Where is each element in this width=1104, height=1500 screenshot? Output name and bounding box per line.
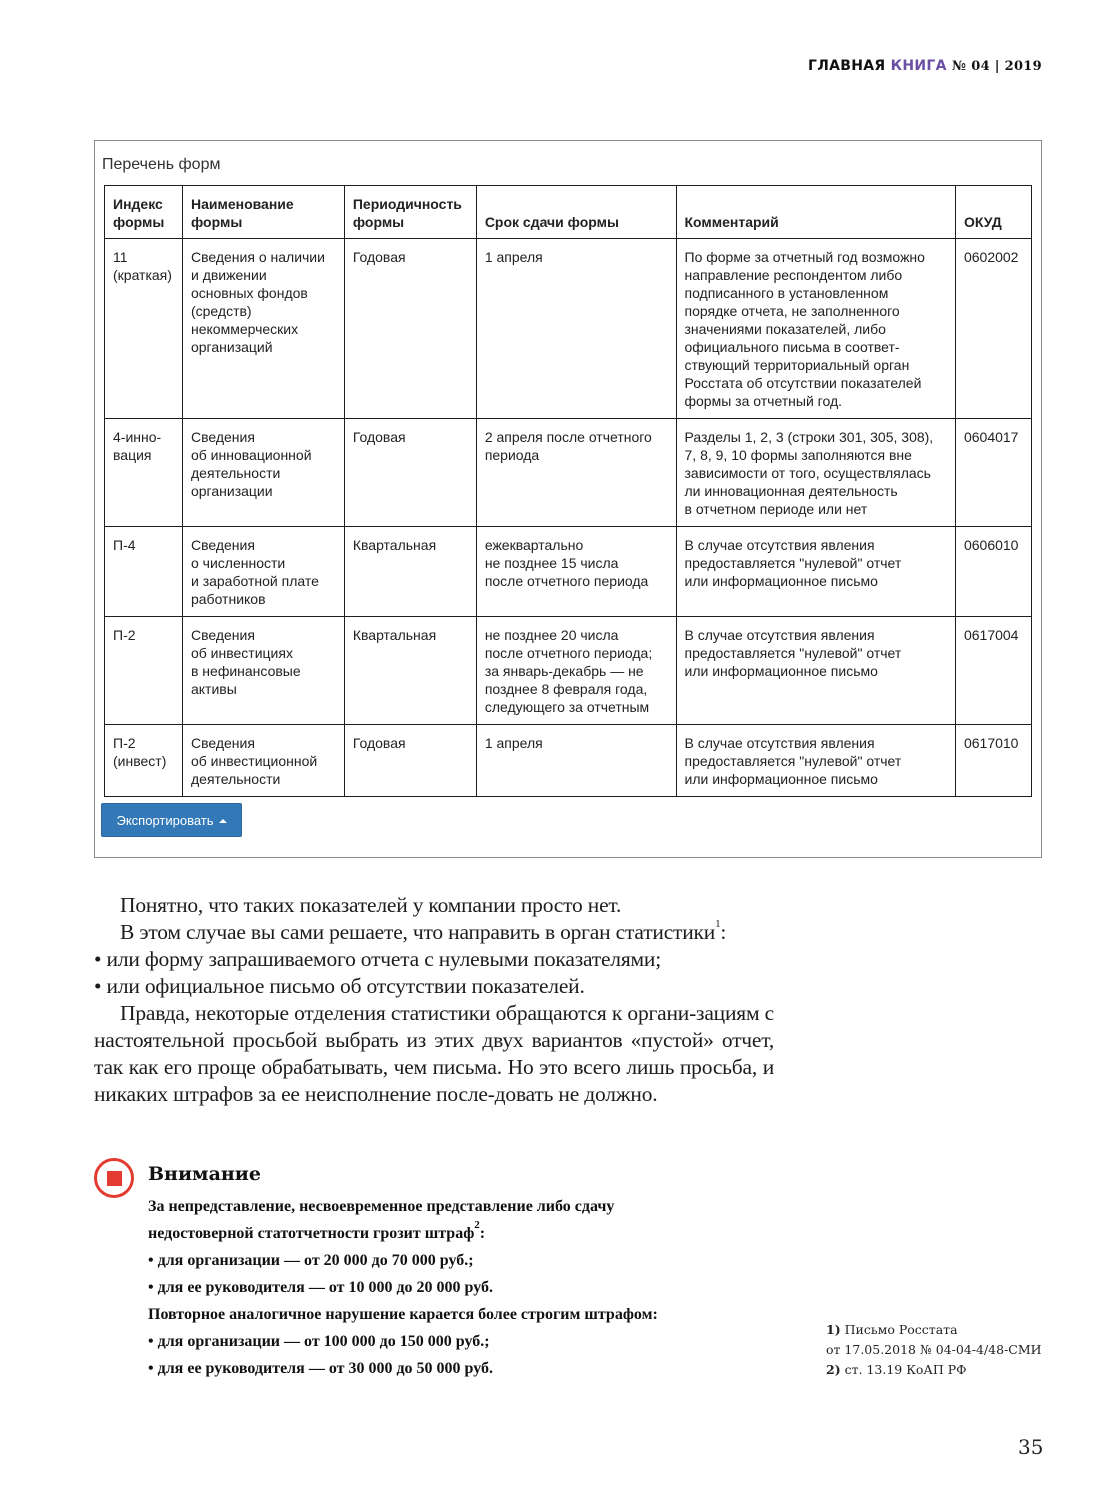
- table-row: П-2(инвест)Сведенияоб инвестиционнойдеят…: [105, 725, 1032, 797]
- cell-name: Сведенияо численностии заработной платер…: [182, 527, 344, 617]
- column-header-periodicity: Периодичность формы: [344, 186, 476, 239]
- forms-list-screenshot: Перечень форм Индекс формы Наименование …: [94, 140, 1042, 858]
- cell-comment: В случае отсутствия явленияпредоставляет…: [676, 725, 955, 797]
- cell-index: П-2(инвест): [105, 725, 183, 797]
- cell-okud: 0602002: [955, 239, 1031, 419]
- cell-name: Сведения о наличиии движенииосновных фон…: [182, 239, 344, 419]
- panel-title: Перечень форм: [102, 156, 220, 174]
- cell-periodicity: Годовая: [344, 725, 476, 797]
- table-row: П-2Сведенияоб инвестицияхв нефинансовыеа…: [105, 617, 1032, 725]
- fine-bullet: для ее руководителя — от 10 000 до 20 00…: [148, 1274, 798, 1301]
- cell-okud: 0617010: [955, 725, 1031, 797]
- footnote: 1) Письмо Росстата: [826, 1320, 1066, 1340]
- footnotes: 1) Письмо Росстата от 17.05.2018 № 04-04…: [826, 1320, 1066, 1380]
- caret-up-icon: [219, 819, 227, 823]
- cell-comment: Разделы 1, 2, 3 (строки 301, 305, 308),7…: [676, 419, 955, 527]
- cell-deadline: не позднее 20 числапосле отчетного перио…: [476, 617, 676, 725]
- cell-comment: По форме за отчетный год возможнонаправл…: [676, 239, 955, 419]
- footnote-continuation: от 17.05.2018 № 04-04-4/48-СМИ: [826, 1340, 1066, 1360]
- table-row: 4-инно-вацияСведенияоб инновационнойдеят…: [105, 419, 1032, 527]
- fine-bullet: для организации — от 100 000 до 150 000 …: [148, 1328, 798, 1355]
- cell-index: П-2: [105, 617, 183, 725]
- article-body: Понятно, что таких показателей у компани…: [94, 892, 774, 1108]
- cell-index: 4-инно-вация: [105, 419, 183, 527]
- attention-body: За непредставление, несвоевременное пред…: [148, 1193, 798, 1382]
- cell-name: Сведенияоб инновационнойдеятельностиорга…: [182, 419, 344, 527]
- attention-line: недостоверной статотчетности грозит штра…: [148, 1220, 798, 1247]
- paragraph-punct: :: [720, 920, 726, 944]
- paragraph: Понятно, что таких показателей у компани…: [94, 892, 774, 919]
- column-header-deadline: Срок сдачи формы: [476, 186, 676, 239]
- export-button[interactable]: Экспортировать: [101, 803, 242, 837]
- table-row: 11(краткая)Сведения о наличиии движениио…: [105, 239, 1032, 419]
- column-header-okud: ОКУД: [955, 186, 1031, 239]
- page-number: 35: [1018, 1435, 1043, 1459]
- cell-okud: 0604017: [955, 419, 1031, 527]
- cell-deadline: 1 апреля: [476, 725, 676, 797]
- fine-bullet: для ее руководителя — от 30 000 до 50 00…: [148, 1355, 798, 1382]
- cell-periodicity: Годовая: [344, 239, 476, 419]
- bullet-item: или форму запрашиваемого отчета с нулевы…: [94, 946, 774, 973]
- footnote: 2) ст. 13.19 КоАП РФ: [826, 1360, 1066, 1380]
- masthead-title-accent: КНИГА: [891, 58, 947, 74]
- paragraph-text: В этом случае вы сами решаете, что напра…: [120, 920, 715, 944]
- forms-table: Индекс формы Наименование формы Периодич…: [104, 185, 1032, 797]
- table-header-row: Индекс формы Наименование формы Периодич…: [105, 186, 1032, 239]
- fine-bullet: для организации — от 20 000 до 70 000 ру…: [148, 1247, 798, 1274]
- cell-deadline: 1 апреля: [476, 239, 676, 419]
- cell-comment: В случае отсутствия явленияпредоставляет…: [676, 617, 955, 725]
- masthead: ГЛАВНАЯ КНИГА № 04 | 2019: [808, 58, 1042, 74]
- cell-periodicity: Квартальная: [344, 617, 476, 725]
- table-row: П-4Сведенияо численностии заработной пла…: [105, 527, 1032, 617]
- paragraph: Правда, некоторые отделения статистики о…: [94, 1000, 774, 1108]
- issue-number: № 04 | 2019: [952, 59, 1042, 74]
- cell-index: 11(краткая): [105, 239, 183, 419]
- cell-deadline: 2 апреля после отчетногопериода: [476, 419, 676, 527]
- repeat-violation-heading: Повторное аналогичное нарушение карается…: [148, 1301, 798, 1328]
- column-header-index: Индекс формы: [105, 186, 183, 239]
- masthead-title: ГЛАВНАЯ: [808, 58, 886, 74]
- cell-okud: 0617004: [955, 617, 1031, 725]
- attention-line: За непредставление, несвоевременное пред…: [148, 1193, 798, 1220]
- stop-icon: [94, 1158, 134, 1198]
- paragraph: В этом случае вы сами решаете, что напра…: [94, 919, 774, 946]
- cell-comment: В случае отсутствия явленияпредоставляет…: [676, 527, 955, 617]
- column-header-name: Наименование формы: [182, 186, 344, 239]
- cell-name: Сведенияоб инвестиционнойдеятельности: [182, 725, 344, 797]
- column-header-comment: Комментарий: [676, 186, 955, 239]
- attention-title: Внимание: [148, 1163, 261, 1185]
- bullet-item: или официальное письмо об отсутствии пок…: [94, 973, 774, 1000]
- cell-index: П-4: [105, 527, 183, 617]
- cell-periodicity: Квартальная: [344, 527, 476, 617]
- cell-deadline: ежеквартальноне позднее 15 числапосле от…: [476, 527, 676, 617]
- export-button-label: Экспортировать: [117, 813, 214, 828]
- cell-okud: 0606010: [955, 527, 1031, 617]
- cell-periodicity: Годовая: [344, 419, 476, 527]
- cell-name: Сведенияоб инвестицияхв нефинансовыеакти…: [182, 617, 344, 725]
